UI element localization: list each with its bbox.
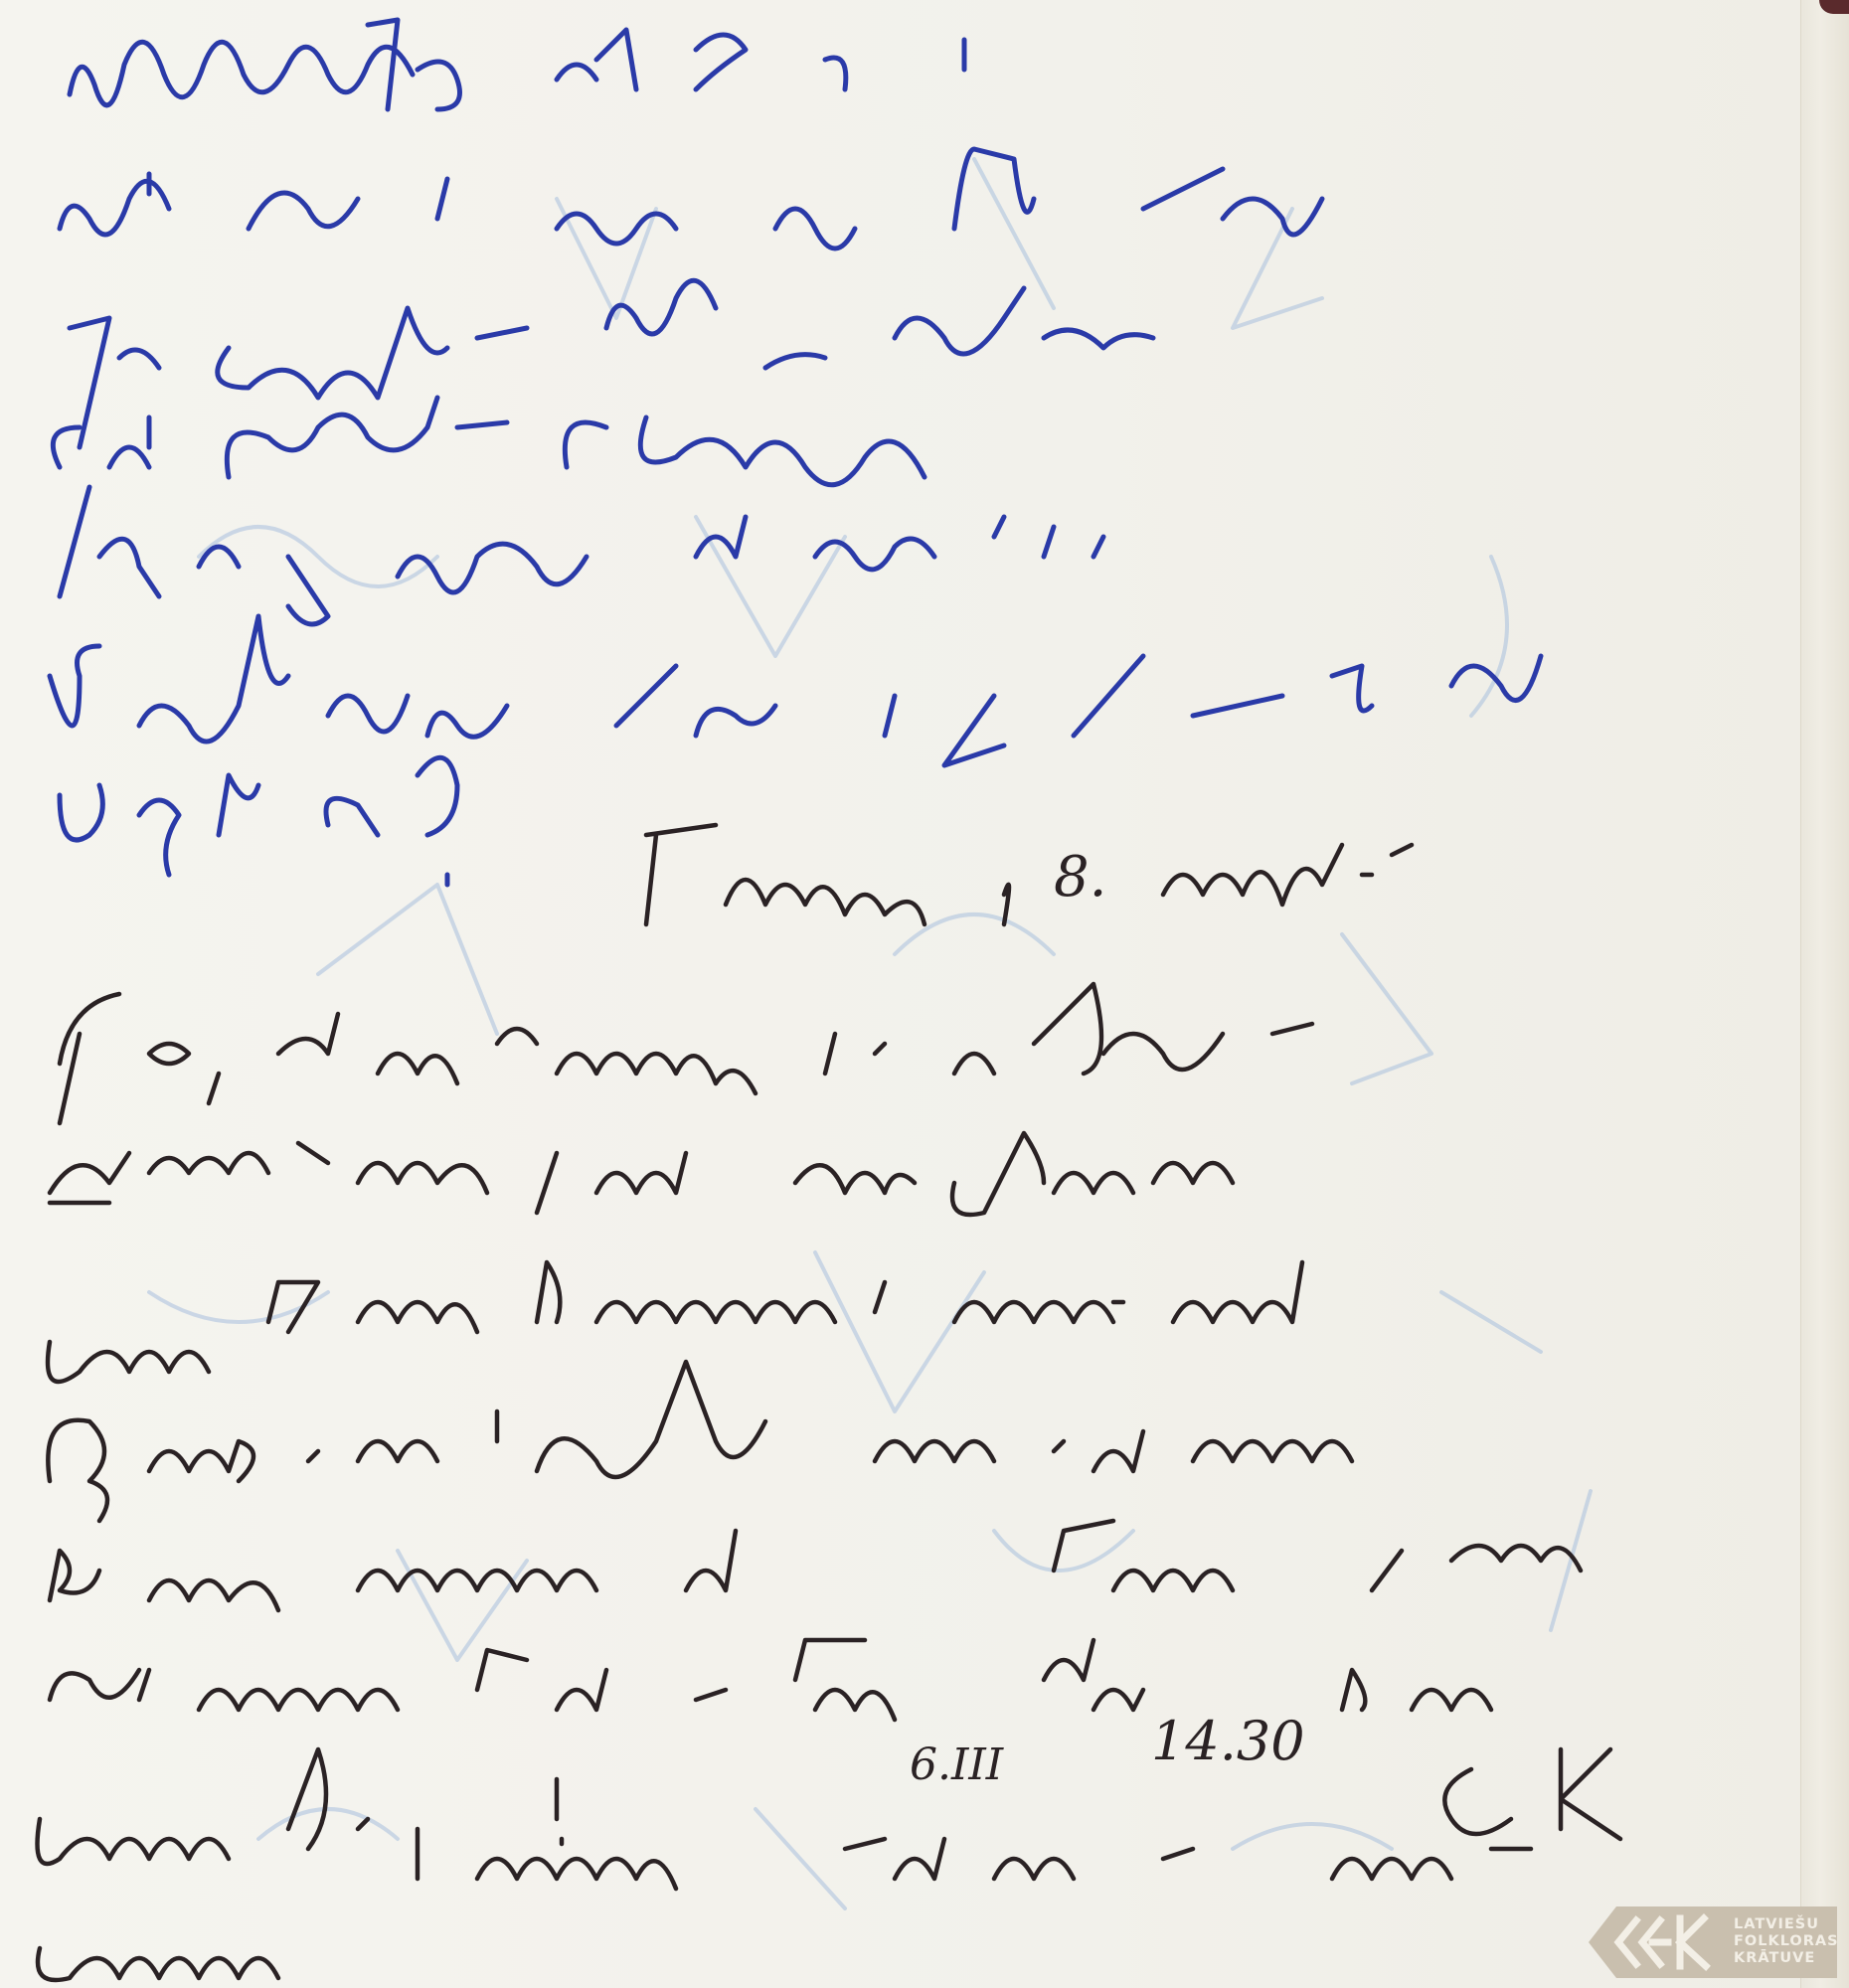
date-month-roman: 6.III [910,1739,1003,1790]
logo-line-1: LATVIEŠU [1734,1916,1839,1933]
page-edge [1800,0,1849,1988]
blue-ink-section [50,20,1541,885]
logo-line-3: KRĀTUVE [1734,1950,1839,1967]
lfk-mark-icon [1608,1912,1718,1972]
logo-text: LATVIEŠU FOLKLORAS KRĀTUVE [1734,1916,1839,1967]
binding-corner [1819,0,1849,14]
handwriting [0,0,1801,1988]
logo-line-2: FOLKLORAS [1734,1933,1839,1950]
black-ink-section [38,825,1621,1980]
date-day: 8. [1054,845,1106,910]
archive-logo-watermark: LATVIEŠU FOLKLORAS KRĀTUVE [1589,1906,1837,1978]
time-note: 14.30 [1151,1710,1305,1772]
